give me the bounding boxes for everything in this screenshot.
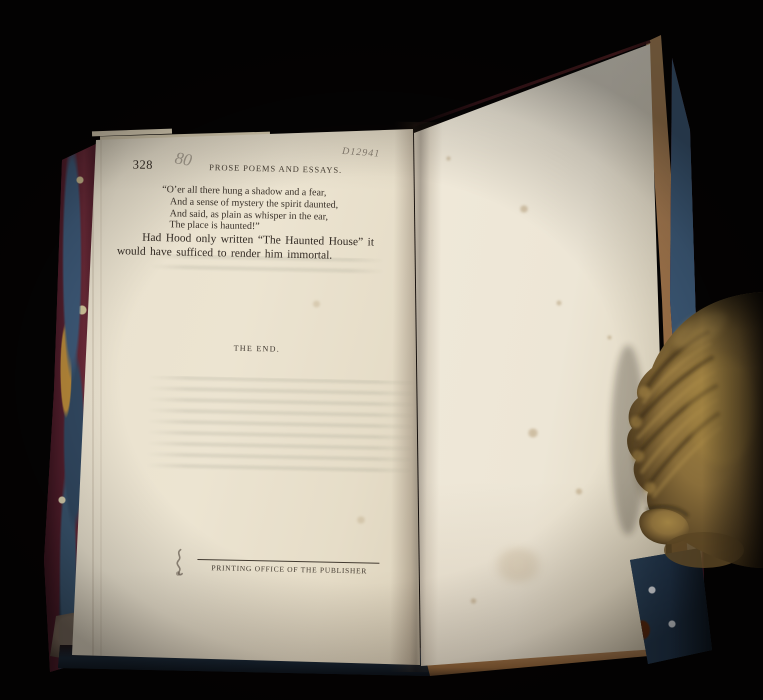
pencil-inventory-code: D12941 <box>342 146 381 160</box>
body-paragraph-line: would have sufficed to render him immort… <box>117 245 333 262</box>
ink-smudge <box>169 547 190 577</box>
brass-hand-sculpture <box>600 280 763 580</box>
pencil-price-annotation: 80 <box>173 148 193 171</box>
poem-quotation: “O’er all there hung a shadow and a fear… <box>161 184 338 235</box>
foxing-spot <box>470 598 477 604</box>
page-number: 328 <box>133 158 154 173</box>
foxing-spot <box>446 156 451 161</box>
stain <box>492 548 544 582</box>
left-page-content: 328 80 PROSE POEMS AND ESSAYS. D12941 “O… <box>85 138 418 670</box>
the-end-label: THE END. <box>200 343 314 354</box>
printer-imprint: PRINTING OFFICE OF THE PUBLISHER <box>189 563 389 576</box>
foxing-spot <box>519 205 529 213</box>
book-photo: 328 80 PROSE POEMS AND ESSAYS. D12941 “O… <box>0 0 763 700</box>
foxing-spot <box>575 488 583 495</box>
foxing-spot <box>556 300 562 306</box>
running-header: PROSE POEMS AND ESSAYS. <box>204 162 348 175</box>
foxing-spot <box>527 428 539 438</box>
